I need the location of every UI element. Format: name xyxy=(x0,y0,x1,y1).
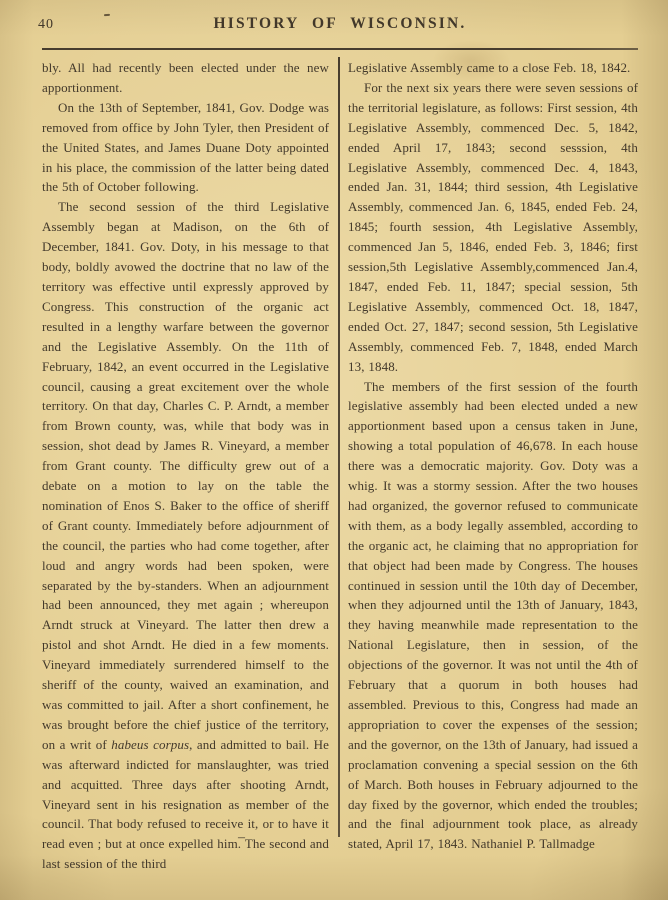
paragraph-text: The second session of the third Legislat… xyxy=(42,199,329,751)
paragraph-continuation: bly. All had recently been elected under… xyxy=(42,58,329,98)
signature-mark: – xyxy=(238,830,245,846)
column-divider xyxy=(338,57,340,837)
right-column: Legislative Assembly came to a close Feb… xyxy=(348,58,638,854)
left-column: bly. All had recently been elected under… xyxy=(42,58,329,874)
paragraph: On the 13th of September, 1841, Gov. Dod… xyxy=(42,98,329,198)
paragraph: For the next six years there were seven … xyxy=(348,78,638,377)
paragraph: The members of the first session of the … xyxy=(348,377,638,855)
paragraph-continuation: Legislative Assembly came to a close Feb… xyxy=(348,58,638,78)
paragraph-text: , and admitted to bail. He was afterward… xyxy=(42,737,329,871)
header-rule xyxy=(42,48,638,50)
latin-phrase: habeus corpus xyxy=(111,737,189,752)
running-header-title: HISTORY OF WISCONSIN. xyxy=(42,15,638,33)
paragraph: The second session of the third Legislat… xyxy=(42,197,329,874)
book-page: 40 HISTORY OF WISCONSIN. bly. All had re… xyxy=(0,0,668,900)
